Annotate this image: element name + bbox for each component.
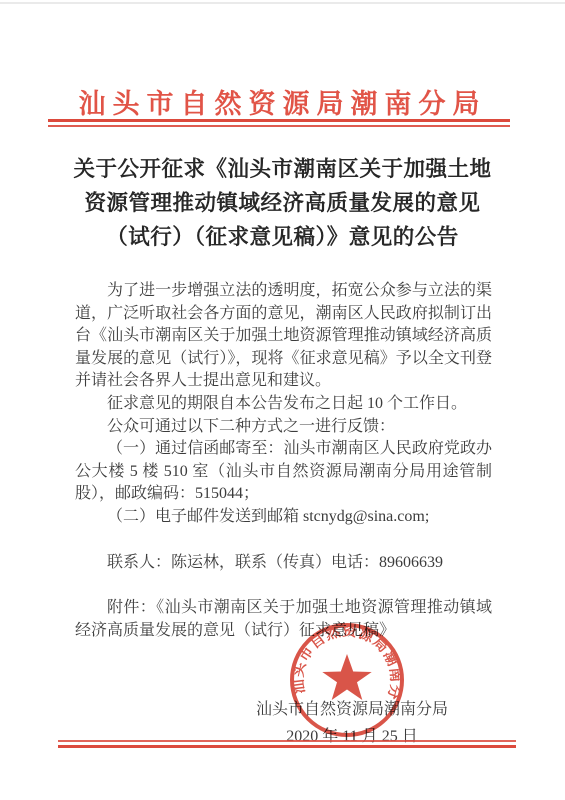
document-title-line-2: 资源管理推动镇域经济高质量发展的意见 [0, 186, 565, 220]
official-seal: 汕头市自然资源局潮南分局 [285, 618, 409, 742]
paragraph-deadline: 征求意见的期限自本公告发布之日起 10 个工作日。 [75, 393, 492, 416]
document-title-line-1: 关于公开征求《汕头市潮南区关于加强土地 [0, 152, 565, 186]
footer-divider-thin-line [58, 740, 516, 742]
header-divider-thin-line [48, 125, 510, 127]
paragraph-feedback-methods: 公众可通过以下二种方式之一进行反馈： [75, 416, 492, 439]
scan-artifact-line [0, 2, 565, 4]
footer-divider [58, 740, 516, 748]
paragraph-mail-address: （一）通过信函邮寄至：汕头市潮南区人民政府党政办公大楼 5 楼 510 室（汕头… [75, 438, 492, 506]
paragraph-contact-person: 联系人：陈运林，联系（传真）电话：89606639 [75, 552, 492, 575]
agency-header-title: 汕头市自然资源局潮南分局 [0, 82, 565, 121]
document-title-line-3: （试行）（征求意见稿）》意见的公告 [0, 220, 565, 254]
document-body: 为了进一步增强立法的透明度，拓宽公众参与立法的渠道，广泛听取社会各方面的意见，潮… [75, 280, 492, 642]
document-page: 汕头市自然资源局潮南分局 关于公开征求《汕头市潮南区关于加强土地 资源管理推动镇… [0, 0, 565, 800]
header-divider-thick-line [48, 119, 510, 122]
document-title: 关于公开征求《汕头市潮南区关于加强土地 资源管理推动镇域经济高质量发展的意见 （… [0, 152, 565, 254]
paragraph-email: （二）电子邮件发送到邮箱 stcnydg@sina.com; [75, 506, 492, 529]
footer-divider-thick-line [58, 745, 516, 748]
header-divider [48, 119, 510, 127]
paragraph-intro: 为了进一步增强立法的透明度，拓宽公众参与立法的渠道，广泛听取社会各方面的意见，潮… [75, 280, 492, 393]
paragraph-attachment: 附件：《汕头市潮南区关于加强土地资源管理推动镇域经济高质量发展的意见（试行）征求… [75, 597, 492, 642]
seal-star [322, 654, 371, 700]
